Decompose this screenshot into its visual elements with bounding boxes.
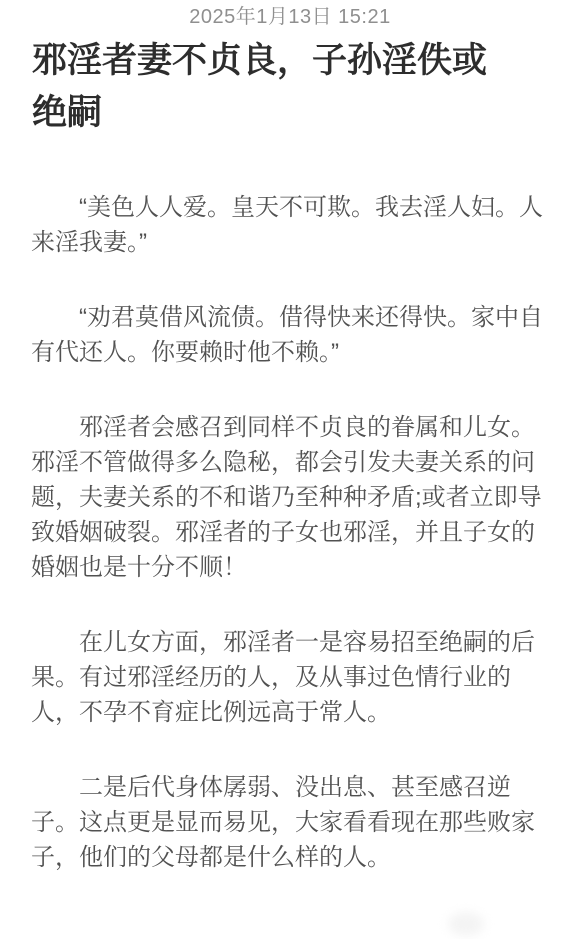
article-page: 2025年1月13日 15:21 邪淫者妻不贞良，子孙淫佚或绝嗣 “美色人人爱。… [0,0,580,939]
paragraph-5: 二是后代身体孱弱、没出息、甚至感召逆子。这点更是显而易见，大家看看现在那些败家子… [31,770,545,875]
faint-watermark [448,912,484,936]
paragraph-quote-2: “劝君莫借风流债。借得快来还得快。家中自有代还人。你要赖时他不赖。” [31,300,545,370]
paragraph-quote-1: “美色人人爱。皇天不可欺。我去淫人妇。人来淫我妻。” [31,190,545,260]
timestamp: 2025年1月13日 15:21 [0,0,580,31]
article-title: 邪淫者妻不贞良，子孙淫佚或绝嗣 [32,35,502,139]
paragraph-3: 邪淫者会感召到同样不贞良的眷属和儿女。邪淫不管做得多么隐秘，都会引发夫妻关系的问… [31,410,545,585]
paragraph-4: 在儿女方面，邪淫者一是容易招至绝嗣的后果。有过邪淫经历的人，及从事过色情行业的人… [31,625,545,730]
